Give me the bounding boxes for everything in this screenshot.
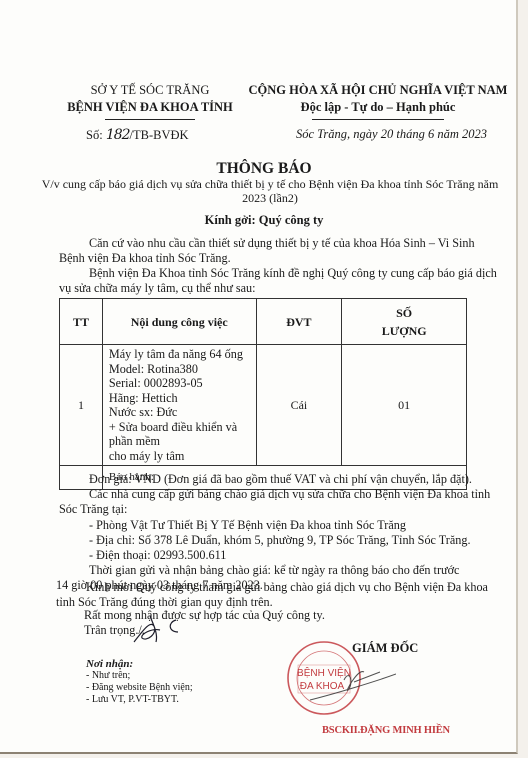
issuing-hospital: BỆNH VIỆN ĐA KHOA TỈNH xyxy=(60,99,240,116)
deadline-line-1: Thời gian gửi và nhận bảng chào giá: kể … xyxy=(59,563,499,578)
document-number: Số: 182/TB-BVĐK xyxy=(86,127,189,143)
handwritten-number: 182 xyxy=(106,127,130,143)
submission-intro: Các nhà cung cấp gửi bảng chào giá dịch … xyxy=(59,487,499,517)
col-header-tt: TT xyxy=(60,299,103,345)
col-header-unit: ĐVT xyxy=(256,299,342,345)
issuer-block: SỞ Y TẾ SÓC TRĂNG BỆNH VIỆN ĐA KHOA TỈNH xyxy=(60,82,240,120)
table-header-row: TT Nội dung công việc ĐVT SỐ LƯỢNG xyxy=(60,299,467,345)
intro-paragraph-2: Bệnh viện Đa Khoa tỉnh Sóc Trăng kính đề… xyxy=(59,266,499,296)
table-row: 1 Máy ly tâm đa năng 64 ống Model: Rotin… xyxy=(60,345,467,466)
service-table: TT Nội dung công việc ĐVT SỐ LƯỢNG 1 Máy… xyxy=(59,298,467,490)
signer-position: GIÁM ĐỐC xyxy=(352,641,418,656)
recipients-block: Nơi nhận: - Như trên; - Đăng website Bện… xyxy=(86,658,193,706)
invitation: Kính mời Quý công ty tham gia gửi bảng c… xyxy=(56,580,496,610)
divider xyxy=(105,119,195,120)
unit-price-note: Đơn giá: VND (Đơn giá đã bao gồm thuế VA… xyxy=(59,472,499,487)
recipient-item: - Lưu VT, P.VT-TBYT. xyxy=(86,694,193,706)
cell-unit: Cái xyxy=(256,345,342,466)
place-date: Sóc Trăng, ngày 20 tháng 6 năm 2023 xyxy=(296,127,487,142)
initials-signature-icon xyxy=(132,612,212,646)
national-motto: Độc lập - Tự do – Hạnh phúc xyxy=(238,99,518,116)
svg-text:BỆNH VIỆN: BỆNH VIỆN xyxy=(297,666,351,679)
cell-quantity: 01 xyxy=(342,345,467,466)
department: - Phòng Vật Tư Thiết Bị Y Tế Bệnh viện Đ… xyxy=(59,518,499,533)
col-header-quantity: SỐ LƯỢNG xyxy=(342,299,467,345)
cell-content: Máy ly tâm đa năng 64 ống Model: Rotina3… xyxy=(102,345,256,466)
recipient-item: - Đăng website Bệnh viện; xyxy=(86,682,193,694)
submission-details: Đơn giá: VND (Đơn giá đã bao gồm thuế VA… xyxy=(59,472,499,594)
intro-paragraph-1: Căn cứ vào nhu cầu cần thiết sử dụng thi… xyxy=(59,236,499,266)
recipient-item: - Như trên; xyxy=(86,670,193,682)
address: - Địa chỉ: Số 378 Lê Duẩn, khóm 5, phườn… xyxy=(59,533,499,548)
divider xyxy=(312,119,444,120)
national-header: CỘNG HÒA XÃ HỘI CHỦ NGHĨA VIỆT NAM Độc l… xyxy=(238,82,518,120)
document-title: THÔNG BÁO xyxy=(0,160,528,178)
recipients-title: Nơi nhận: xyxy=(86,658,193,670)
phone: - Điện thoại: 02993.500.611 xyxy=(59,548,499,563)
greeting: Kính gởi: Quý công ty xyxy=(0,213,528,228)
signer-name: BSCKII.ĐẶNG MINH HIỀN xyxy=(322,725,450,736)
country-name: CỘNG HÒA XÃ HỘI CHỦ NGHĨA VIỆT NAM xyxy=(238,82,518,99)
document-page: SỞ Y TẾ SÓC TRĂNG BỆNH VIỆN ĐA KHOA TỈNH… xyxy=(0,0,518,754)
svg-text:ĐA KHOA: ĐA KHOA xyxy=(300,681,345,692)
col-header-content: Nội dung công việc xyxy=(102,299,256,345)
document-subject: V/v cung cấp báo giá dịch vụ sửa chữa th… xyxy=(40,177,500,205)
parent-agency: SỞ Y TẾ SÓC TRĂNG xyxy=(60,82,240,99)
cell-tt: 1 xyxy=(60,345,103,466)
